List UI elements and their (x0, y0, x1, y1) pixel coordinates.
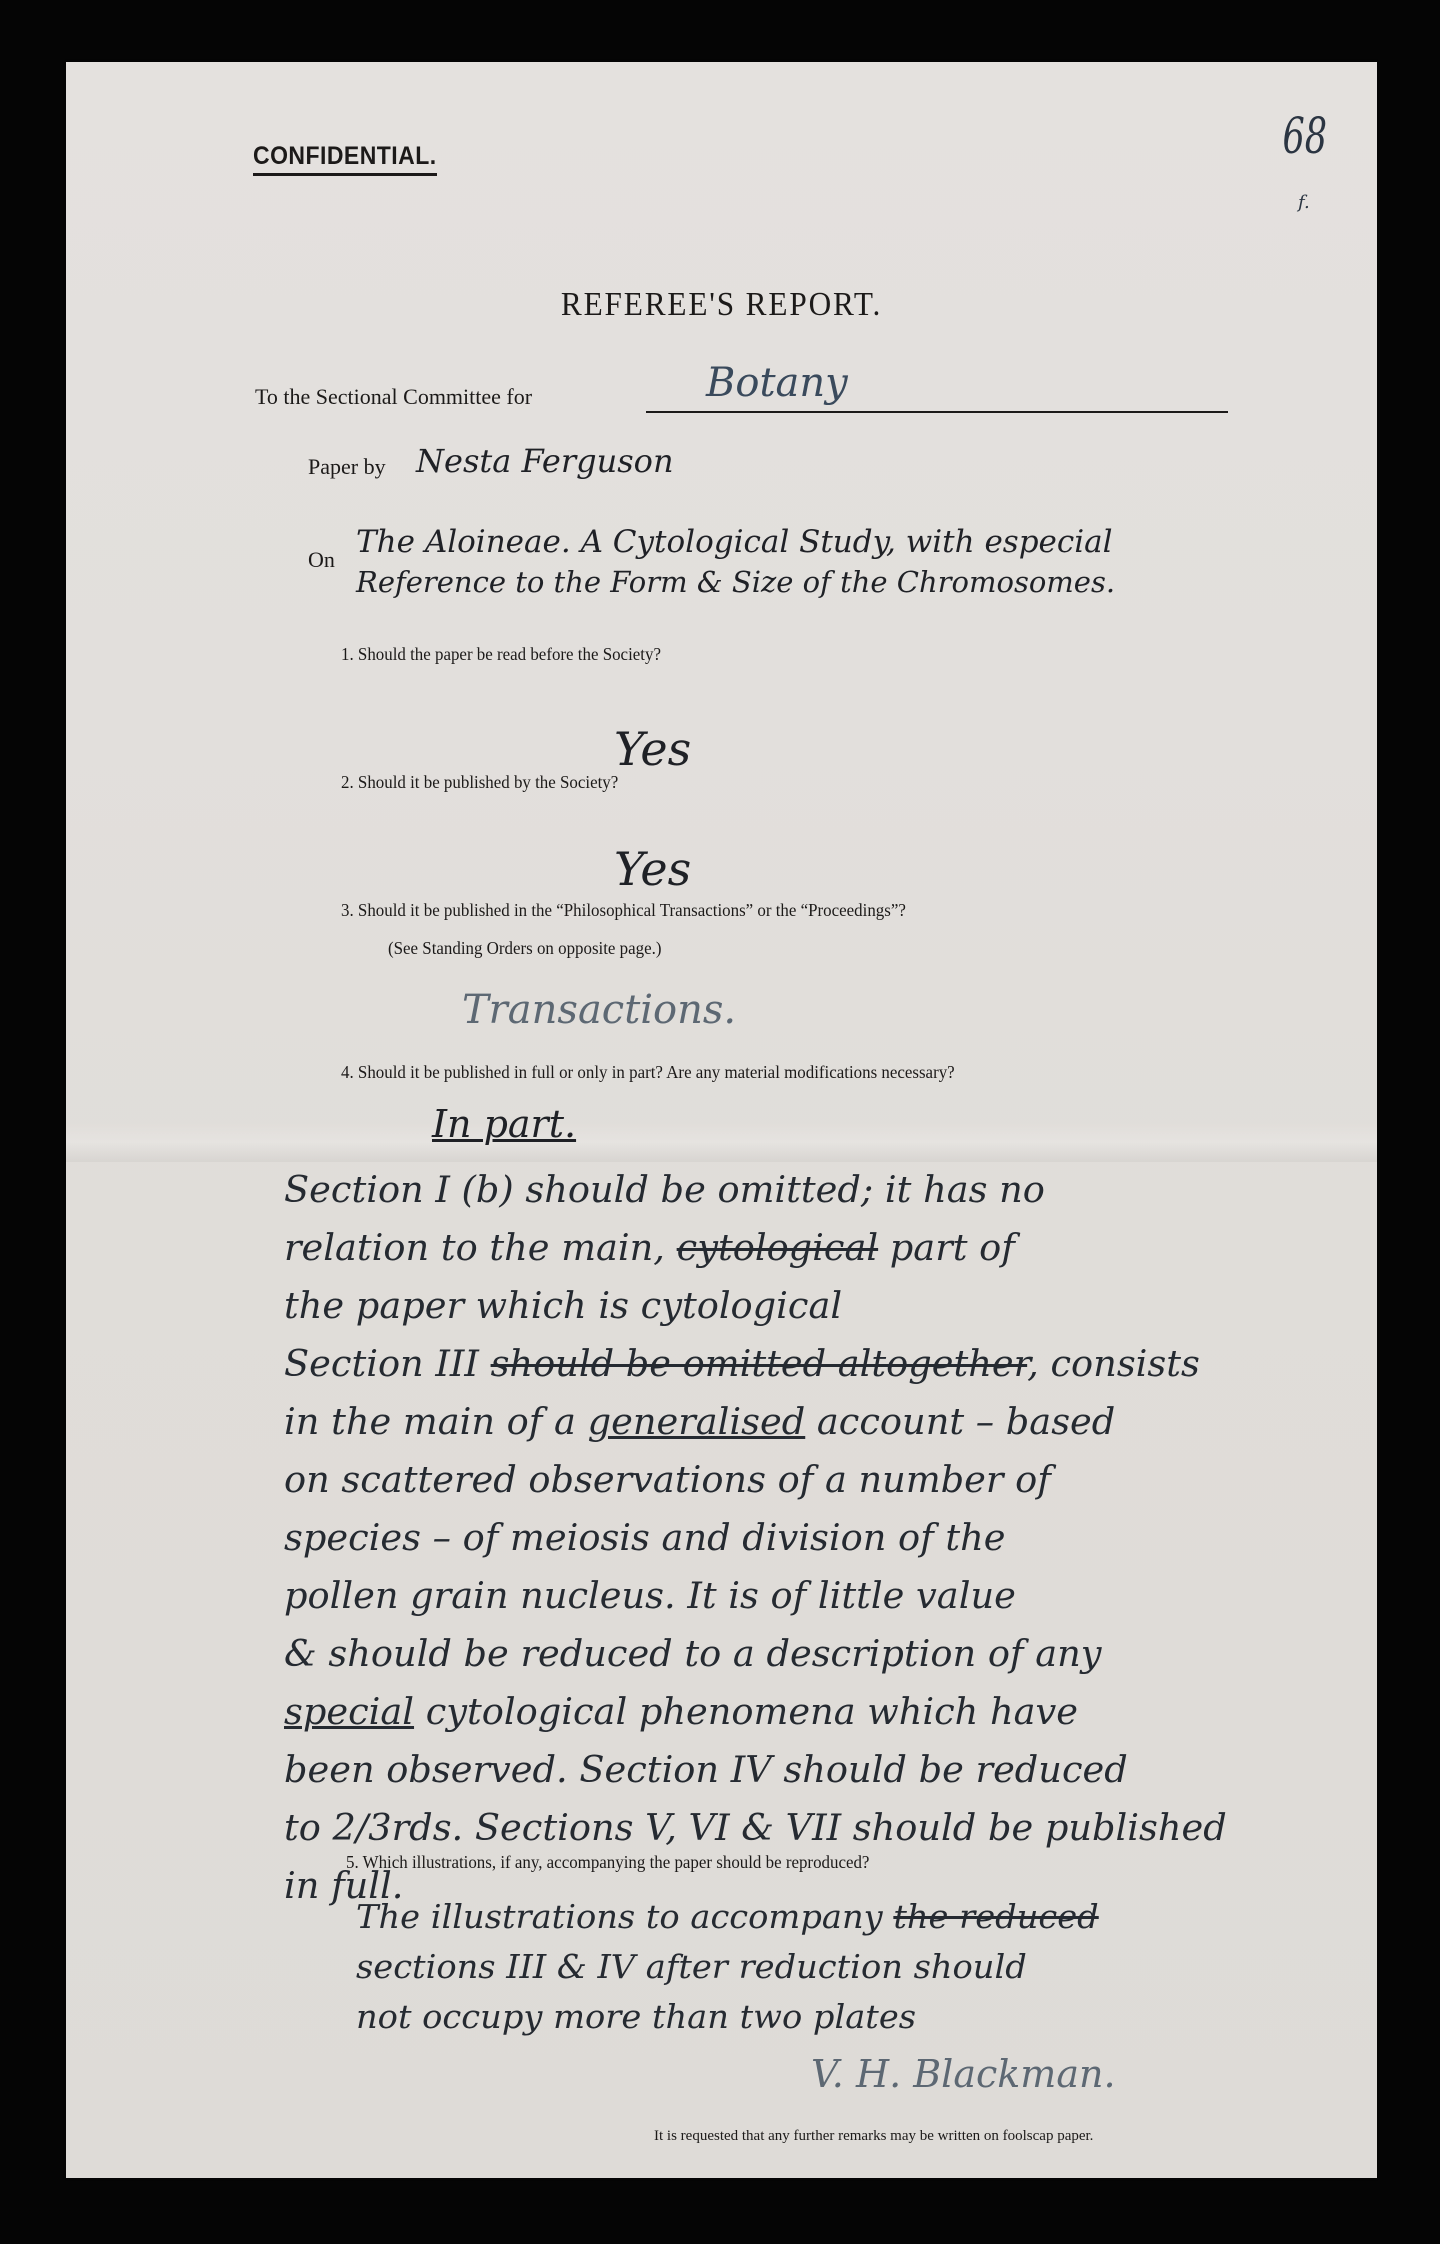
question-5-comments: The illustrations to accompany the reduc… (356, 1892, 1084, 2042)
struck-text: cytological (677, 1228, 878, 1269)
question-5-number: 5. (346, 1852, 359, 1872)
committee-label: To the Sectional Committee for (255, 384, 532, 410)
referee-report-page: 68 f. CONFIDENTIAL. REFEREE'S REPORT. To… (66, 62, 1377, 2178)
question-3: 3. Should it be published in the “Philos… (341, 900, 906, 921)
struck-text: the reduced (893, 1897, 1098, 1936)
question-2: 2. Should it be published by the Society… (341, 772, 618, 793)
paper-title-line2: Reference to the Form & Size of the Chro… (356, 565, 1115, 599)
question-5-text: Which illustrations, if any, accompanyin… (363, 1852, 870, 1872)
question-4-comments: Section I (b) should be omitted; it has … (284, 1162, 1208, 1916)
footer-note: It is requested that any further remarks… (654, 2128, 1093, 2145)
comment-line: Section I (b) should be omitted; it has … (284, 1162, 1227, 1220)
question-2-number: 2. (341, 772, 354, 792)
on-label: On (308, 547, 335, 573)
underlined-text: special (284, 1692, 414, 1733)
comment-line: species – of meiosis and division of the (284, 1510, 1227, 1568)
paper-by-label: Paper by (308, 454, 386, 480)
question-3-text: Should it be published in the “Philosoph… (358, 900, 906, 920)
answer-3: Transactions. (462, 987, 736, 1033)
question-3-note: (See Standing Orders on opposite page.) (388, 938, 661, 959)
answer-4: In part. (432, 1102, 576, 1146)
question-4: 4. Should it be published in full or onl… (341, 1062, 955, 1083)
paper-title-line1: The Aloineae. A Cytological Study, with … (356, 524, 1113, 560)
comment-line: pollen grain nucleus. It is of little va… (284, 1568, 1227, 1626)
question-1: 1. Should the paper be read before the S… (341, 644, 661, 665)
comment-line: been observed. Section IV should be redu… (284, 1742, 1227, 1800)
paper-author: Nesta Ferguson (416, 442, 674, 480)
question-5: 5. Which illustrations, if any, accompan… (346, 1852, 869, 1873)
question-4-number: 4. (341, 1062, 354, 1082)
answer-1: Yes (614, 722, 691, 776)
comment-line: the paper which is cytological (284, 1278, 1227, 1336)
referee-signature: V. H. Blackman. (811, 2052, 1116, 2096)
struck-text: should be omitted altogether (491, 1344, 1028, 1385)
comment-line: on scattered observations of a number of (284, 1452, 1227, 1510)
question-1-text: Should the paper be read before the Soci… (358, 644, 661, 664)
answer-2: Yes (614, 842, 691, 896)
confidential-label: CONFIDENTIAL. (253, 142, 437, 176)
comment-line: & should be reduced to a description of … (284, 1626, 1227, 1684)
comment-line: relation to the main, cytological part o… (284, 1220, 1227, 1278)
question-2-text: Should it be published by the Society? (358, 772, 618, 792)
comment-line: sections III & IV after reduction should (356, 1942, 1099, 1992)
committee-underline (646, 411, 1228, 413)
comment-line: in the main of a generalised account – b… (284, 1394, 1227, 1452)
comment-line: not occupy more than two plates (356, 1992, 1099, 2042)
comment-line: Section III should be omitted altogether… (284, 1336, 1227, 1394)
comment-line: The illustrations to accompany the reduc… (356, 1892, 1099, 1942)
committee-value: Botany (706, 360, 848, 406)
page-number: 68 (1283, 107, 1328, 165)
paper-fold-crease (66, 1122, 1377, 1162)
page-number-folio: f. (1298, 192, 1310, 213)
comment-line: to 2/3rds. Sections V, VI & VII should b… (284, 1800, 1227, 1858)
comment-line: special cytological phenomena which have (284, 1684, 1227, 1742)
question-1-number: 1. (341, 644, 354, 664)
question-3-number: 3. (341, 900, 354, 920)
question-4-text: Should it be published in full or only i… (358, 1062, 955, 1082)
underlined-text: generalised (588, 1402, 806, 1443)
page-title: REFEREE'S REPORT. (118, 286, 1324, 324)
